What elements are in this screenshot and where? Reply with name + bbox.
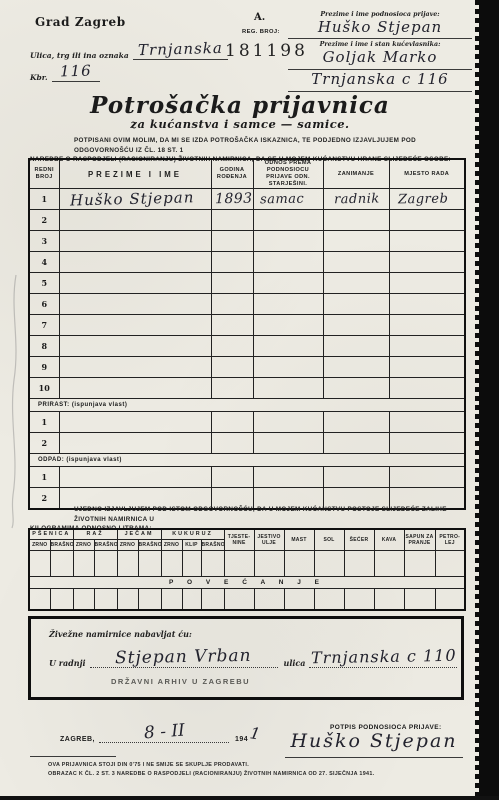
supply-cell <box>73 550 94 576</box>
cell-name <box>59 412 211 433</box>
workplace-handwriting: Zagreb <box>389 191 448 207</box>
header-godina: GODINA ROĐENJA <box>211 159 253 189</box>
cell-relation <box>253 467 323 488</box>
supply-cell <box>284 550 314 576</box>
cell-year <box>211 273 253 294</box>
cell-occupation: radnik <box>323 189 389 210</box>
supply-cell <box>182 550 201 576</box>
sub-brasno: BRAŠNO <box>138 539 161 550</box>
supply-cell <box>201 588 224 610</box>
group-kukuruz: KUKURUZ <box>161 529 224 539</box>
cell-occupation <box>323 357 389 378</box>
form-subtitle: za kućanstva i samce — samice. <box>0 117 480 131</box>
cell-year <box>211 378 253 399</box>
table-row: 9 <box>29 357 465 378</box>
applicant-label: Prezime i ime podnosioca prijave: <box>288 11 472 18</box>
row-number: 10 <box>29 378 59 399</box>
cell-occupation <box>323 336 389 357</box>
povecanje-band-row: P O V E Ć A N J E <box>29 576 465 588</box>
archive-stamp: DRŽAVNI ARHIV U ZAGREBU <box>111 677 250 686</box>
year-handwriting: 1 <box>249 723 262 743</box>
cell-workplace <box>389 336 465 357</box>
cell-name <box>59 273 211 294</box>
cell-workplace <box>389 231 465 252</box>
supply-cell <box>314 550 344 576</box>
cell-year <box>211 357 253 378</box>
supplies-empty-row <box>29 550 465 576</box>
supply-cell <box>50 588 73 610</box>
cell-workplace <box>389 467 465 488</box>
supply-cell <box>344 588 374 610</box>
scan-edge-right <box>479 0 499 800</box>
cell-name <box>59 210 211 231</box>
col-sol: SOL <box>314 529 344 550</box>
cell-name <box>59 336 211 357</box>
cell-year <box>211 467 253 488</box>
sub-brasno: BRAŠNO <box>201 539 224 550</box>
kbr-handwriting: 116 <box>60 62 92 81</box>
supply-cell <box>435 550 465 576</box>
cell-relation <box>253 210 323 231</box>
cell-year <box>211 231 253 252</box>
supply-cell <box>161 550 182 576</box>
povecanje-label: P O V E Ć A N J E <box>29 576 465 588</box>
table-row: 2 <box>29 210 465 231</box>
scan-edge-bottom <box>0 796 499 800</box>
sub-zrno: ZRNO <box>73 539 94 550</box>
cell-occupation <box>323 294 389 315</box>
row-number: 3 <box>29 231 59 252</box>
header-redni-broj: REDNI BROJ <box>29 159 59 189</box>
col-kava: KAVA <box>374 529 404 550</box>
cell-relation <box>253 315 323 336</box>
supplies-group-header-row: PŠENICA RAŽ JEČAM KUKURUZ TJESTE-NINE JE… <box>29 529 465 539</box>
row-number: 7 <box>29 315 59 336</box>
cell-year <box>211 210 253 231</box>
shop-handwriting: Stjepan Vrban <box>115 646 252 668</box>
note-line-2: OBRAZAC K ČL. 2 ST. 3 NAREDBE O RASPODJE… <box>48 770 448 779</box>
cell-name <box>59 357 211 378</box>
relation-handwriting: samac <box>253 192 304 208</box>
supply-cell <box>314 588 344 610</box>
cell-occupation <box>323 433 389 454</box>
header-prezime-ime: PREZIME I IME <box>59 159 211 189</box>
street-label: Ulica, trg ili ina oznaka <box>30 51 129 60</box>
supply-cell <box>201 550 224 576</box>
supply-cell <box>29 588 50 610</box>
supply-cell <box>117 550 138 576</box>
landlord-handwriting: Goljak Marko <box>323 48 438 66</box>
shop-field: Stjepan Vrban <box>90 647 278 668</box>
cell-name <box>59 294 211 315</box>
supply-cell <box>344 550 374 576</box>
cell-year <box>211 433 253 454</box>
pen-mark-artifact <box>6 270 24 530</box>
supply-cell <box>50 550 73 576</box>
row-number: 1 <box>29 412 59 433</box>
landlord-label: Prezime i ime i stan kućevlasnika: <box>288 41 472 48</box>
cell-occupation <box>323 252 389 273</box>
row-number: 1 <box>29 189 59 210</box>
footer-divider <box>30 756 116 757</box>
col-sapun: SAPUN ZA PRANJE <box>404 529 435 550</box>
persons-table: REDNI BROJ PREZIME I IME GODINA ROĐENJA … <box>28 158 466 510</box>
street-row: Ulica, trg ili ina oznaka Trnjanska <box>30 40 228 60</box>
table-row: 10 <box>29 378 465 399</box>
supply-cell <box>94 550 117 576</box>
cell-occupation <box>323 273 389 294</box>
cell-year: 1893 <box>211 189 253 210</box>
applicant-field: Huško Stjepan <box>288 18 472 39</box>
street-field: Trnjanska <box>133 40 228 60</box>
cell-name: Huško Stjepan <box>59 189 211 210</box>
supply-cell <box>374 588 404 610</box>
cell-year <box>211 412 253 433</box>
supply-cell <box>138 550 161 576</box>
col-secer: ŠEĆER <box>344 529 374 550</box>
row-number: 2 <box>29 433 59 454</box>
supply-cell <box>224 588 254 610</box>
cell-workplace: Zagreb <box>389 189 465 210</box>
group-psenica: PŠENICA <box>29 529 73 539</box>
shop-label: U radnji <box>49 658 86 668</box>
note-line-1: OVA PRIJAVNICA STOJI DIN 0'75 I NE SMIJE… <box>48 761 448 770</box>
supply-cell <box>161 588 182 610</box>
occupation-handwriting: radnik <box>323 192 379 208</box>
shop-street-label: ulica <box>284 658 306 668</box>
landlord-address-handwriting: Trnjanska c 116 <box>311 70 448 88</box>
applicant-handwriting: Huško Stjepan <box>318 18 442 36</box>
odpad-label: ODPAD: (ispunjava vlast) <box>29 454 465 467</box>
cell-relation <box>253 412 323 433</box>
row-number: 5 <box>29 273 59 294</box>
header-zanimanje: ZANIMANJE <box>323 159 389 189</box>
group-raz: RAŽ <box>73 529 117 539</box>
supply-cell <box>254 588 284 610</box>
row-number: 9 <box>29 357 59 378</box>
cell-relation <box>253 336 323 357</box>
row-number: 8 <box>29 336 59 357</box>
signature-field: Huško Stjepan <box>285 730 463 758</box>
sub-brasno: BRAŠNO <box>50 539 73 550</box>
row-number: 4 <box>29 252 59 273</box>
scanned-form-page: Grad Zagreb Ulica, trg ili ina oznaka Tr… <box>0 0 499 800</box>
supply-cell <box>94 588 117 610</box>
place-label: ZAGREB, <box>60 736 95 743</box>
supply-cell <box>254 550 284 576</box>
cell-workplace <box>389 273 465 294</box>
supply-cell <box>73 588 94 610</box>
sub-klip: KLIP <box>182 539 201 550</box>
cell-year <box>211 336 253 357</box>
cell-workplace <box>389 433 465 454</box>
cell-workplace <box>389 210 465 231</box>
cell-relation <box>253 378 323 399</box>
cell-name <box>59 378 211 399</box>
cell-relation <box>253 433 323 454</box>
header-mjesto-rada: MJESTO RADA <box>389 159 465 189</box>
cell-occupation <box>323 231 389 252</box>
cell-name <box>59 231 211 252</box>
cell-workplace <box>389 252 465 273</box>
cell-workplace <box>389 294 465 315</box>
supply-cell <box>404 588 435 610</box>
section-letter: A. <box>254 12 265 23</box>
footer-notes: OVA PRIJAVNICA STOJI DIN 0'75 I NE SMIJE… <box>48 761 448 779</box>
sub-brasno: BRAŠNO <box>94 539 117 550</box>
sub-zrno: ZRNO <box>29 539 50 550</box>
table-row: 1 Huško Stjepan 1893 samac radnik Zagreb <box>29 189 465 210</box>
shop-row: U radnji Stjepan Vrban ulica Trnjanska c… <box>49 647 457 668</box>
supply-cell <box>182 588 201 610</box>
kbr-field: 116 <box>52 62 100 82</box>
col-jestivo-ulje: JESTIVO ULJE <box>254 529 284 550</box>
row-number: 6 <box>29 294 59 315</box>
row-number: 2 <box>29 210 59 231</box>
city-name: Grad Zagreb <box>35 15 126 29</box>
year-prefix: 194 <box>235 736 248 743</box>
shop-declaration-box: Živežne namirnice nabavljat ću: U radnji… <box>28 616 464 700</box>
table-row: 5 <box>29 273 465 294</box>
signature-handwriting: Huško Stjepan <box>290 730 457 752</box>
cell-name <box>59 467 211 488</box>
cell-name <box>59 252 211 273</box>
group-jecam: JEČAM <box>117 529 161 539</box>
applicant-block: Prezime i ime podnosioca prijave: Huško … <box>288 11 472 92</box>
sub-zrno: ZRNO <box>117 539 138 550</box>
cell-workplace <box>389 315 465 336</box>
shop-street-handwriting: Trnjanska c 110 <box>311 646 457 668</box>
cell-year <box>211 294 253 315</box>
cell-occupation <box>323 412 389 433</box>
date-row: ZAGREB, 8 - II 194 1 <box>60 722 260 743</box>
prirast-label: PRIRAST: (ispunjava vlast) <box>29 399 465 412</box>
supply-cell <box>404 550 435 576</box>
col-mast: MAST <box>284 529 314 550</box>
cell-relation: samac <box>253 189 323 210</box>
cell-occupation <box>323 467 389 488</box>
form-title: Potrošačka prijavnica <box>0 92 480 119</box>
cell-occupation <box>323 210 389 231</box>
supply-cell <box>138 588 161 610</box>
cell-occupation <box>323 378 389 399</box>
col-tjestenine: TJESTE-NINE <box>224 529 254 550</box>
date-field: 8 - II <box>99 722 229 743</box>
supply-cell <box>224 550 254 576</box>
table-row: 3 <box>29 231 465 252</box>
table-row: 6 <box>29 294 465 315</box>
landlord-field: Goljak Marko <box>288 48 472 70</box>
landlord-address-field: Trnjanska c 116 <box>288 70 472 92</box>
col-petrolej: PETRO-LEJ <box>435 529 465 550</box>
cell-relation <box>253 252 323 273</box>
persons-table-header-row: REDNI BROJ PREZIME I IME GODINA ROĐENJA … <box>29 159 465 189</box>
supplies-table: PŠENICA RAŽ JEČAM KUKURUZ TJESTE-NINE JE… <box>28 528 466 611</box>
year-handwriting: 1893 <box>211 191 252 208</box>
reg-broj-label: REG. BROJ: <box>242 29 280 35</box>
cell-relation <box>253 273 323 294</box>
cell-relation <box>253 357 323 378</box>
supply-cell <box>284 588 314 610</box>
supply-cell <box>29 550 50 576</box>
supply-cell <box>117 588 138 610</box>
cell-workplace <box>389 357 465 378</box>
table-row: 8 <box>29 336 465 357</box>
supplies-intro-line-1: UJEDNO IZJAVLJUJEM POD ISTOM ODGOVORNOŠĆ… <box>30 505 464 524</box>
cell-year <box>211 315 253 336</box>
prirast-band-row: PRIRAST: (ispunjava vlast) <box>29 399 465 412</box>
house-number-row: Kbr. 116 <box>30 62 100 82</box>
cell-relation <box>253 231 323 252</box>
declaration-line-1: POTPISANI OVIM MOLIM, DA MI SE IZDA POTR… <box>30 136 464 155</box>
table-row: 2 <box>29 433 465 454</box>
sub-zrno: ZRNO <box>161 539 182 550</box>
table-row: 4 <box>29 252 465 273</box>
table-row: 1 <box>29 412 465 433</box>
name-handwriting: Huško Stjepan <box>59 189 194 210</box>
header-odnos: ODNOS PREMA PODNOSIOCU PRIJAVE ODN. STAR… <box>253 159 323 189</box>
cell-name <box>59 433 211 454</box>
cell-workplace <box>389 378 465 399</box>
cell-year <box>211 252 253 273</box>
supply-cell <box>374 550 404 576</box>
supply-cell <box>435 588 465 610</box>
shop-box-heading: Živežne namirnice nabavljat ću: <box>49 629 192 639</box>
cell-workplace <box>389 412 465 433</box>
kbr-label: Kbr. <box>30 73 48 82</box>
shop-street-field: Trnjanska c 110 <box>309 647 457 668</box>
street-handwriting: Trnjanska <box>138 39 223 59</box>
odpad-band-row: ODPAD: (ispunjava vlast) <box>29 454 465 467</box>
cell-relation <box>253 294 323 315</box>
supplies-empty-row <box>29 588 465 610</box>
cell-name <box>59 315 211 336</box>
date-handwriting: 8 - II <box>143 721 185 744</box>
table-row: 1 <box>29 467 465 488</box>
table-row: 7 <box>29 315 465 336</box>
row-number: 1 <box>29 467 59 488</box>
cell-occupation <box>323 315 389 336</box>
